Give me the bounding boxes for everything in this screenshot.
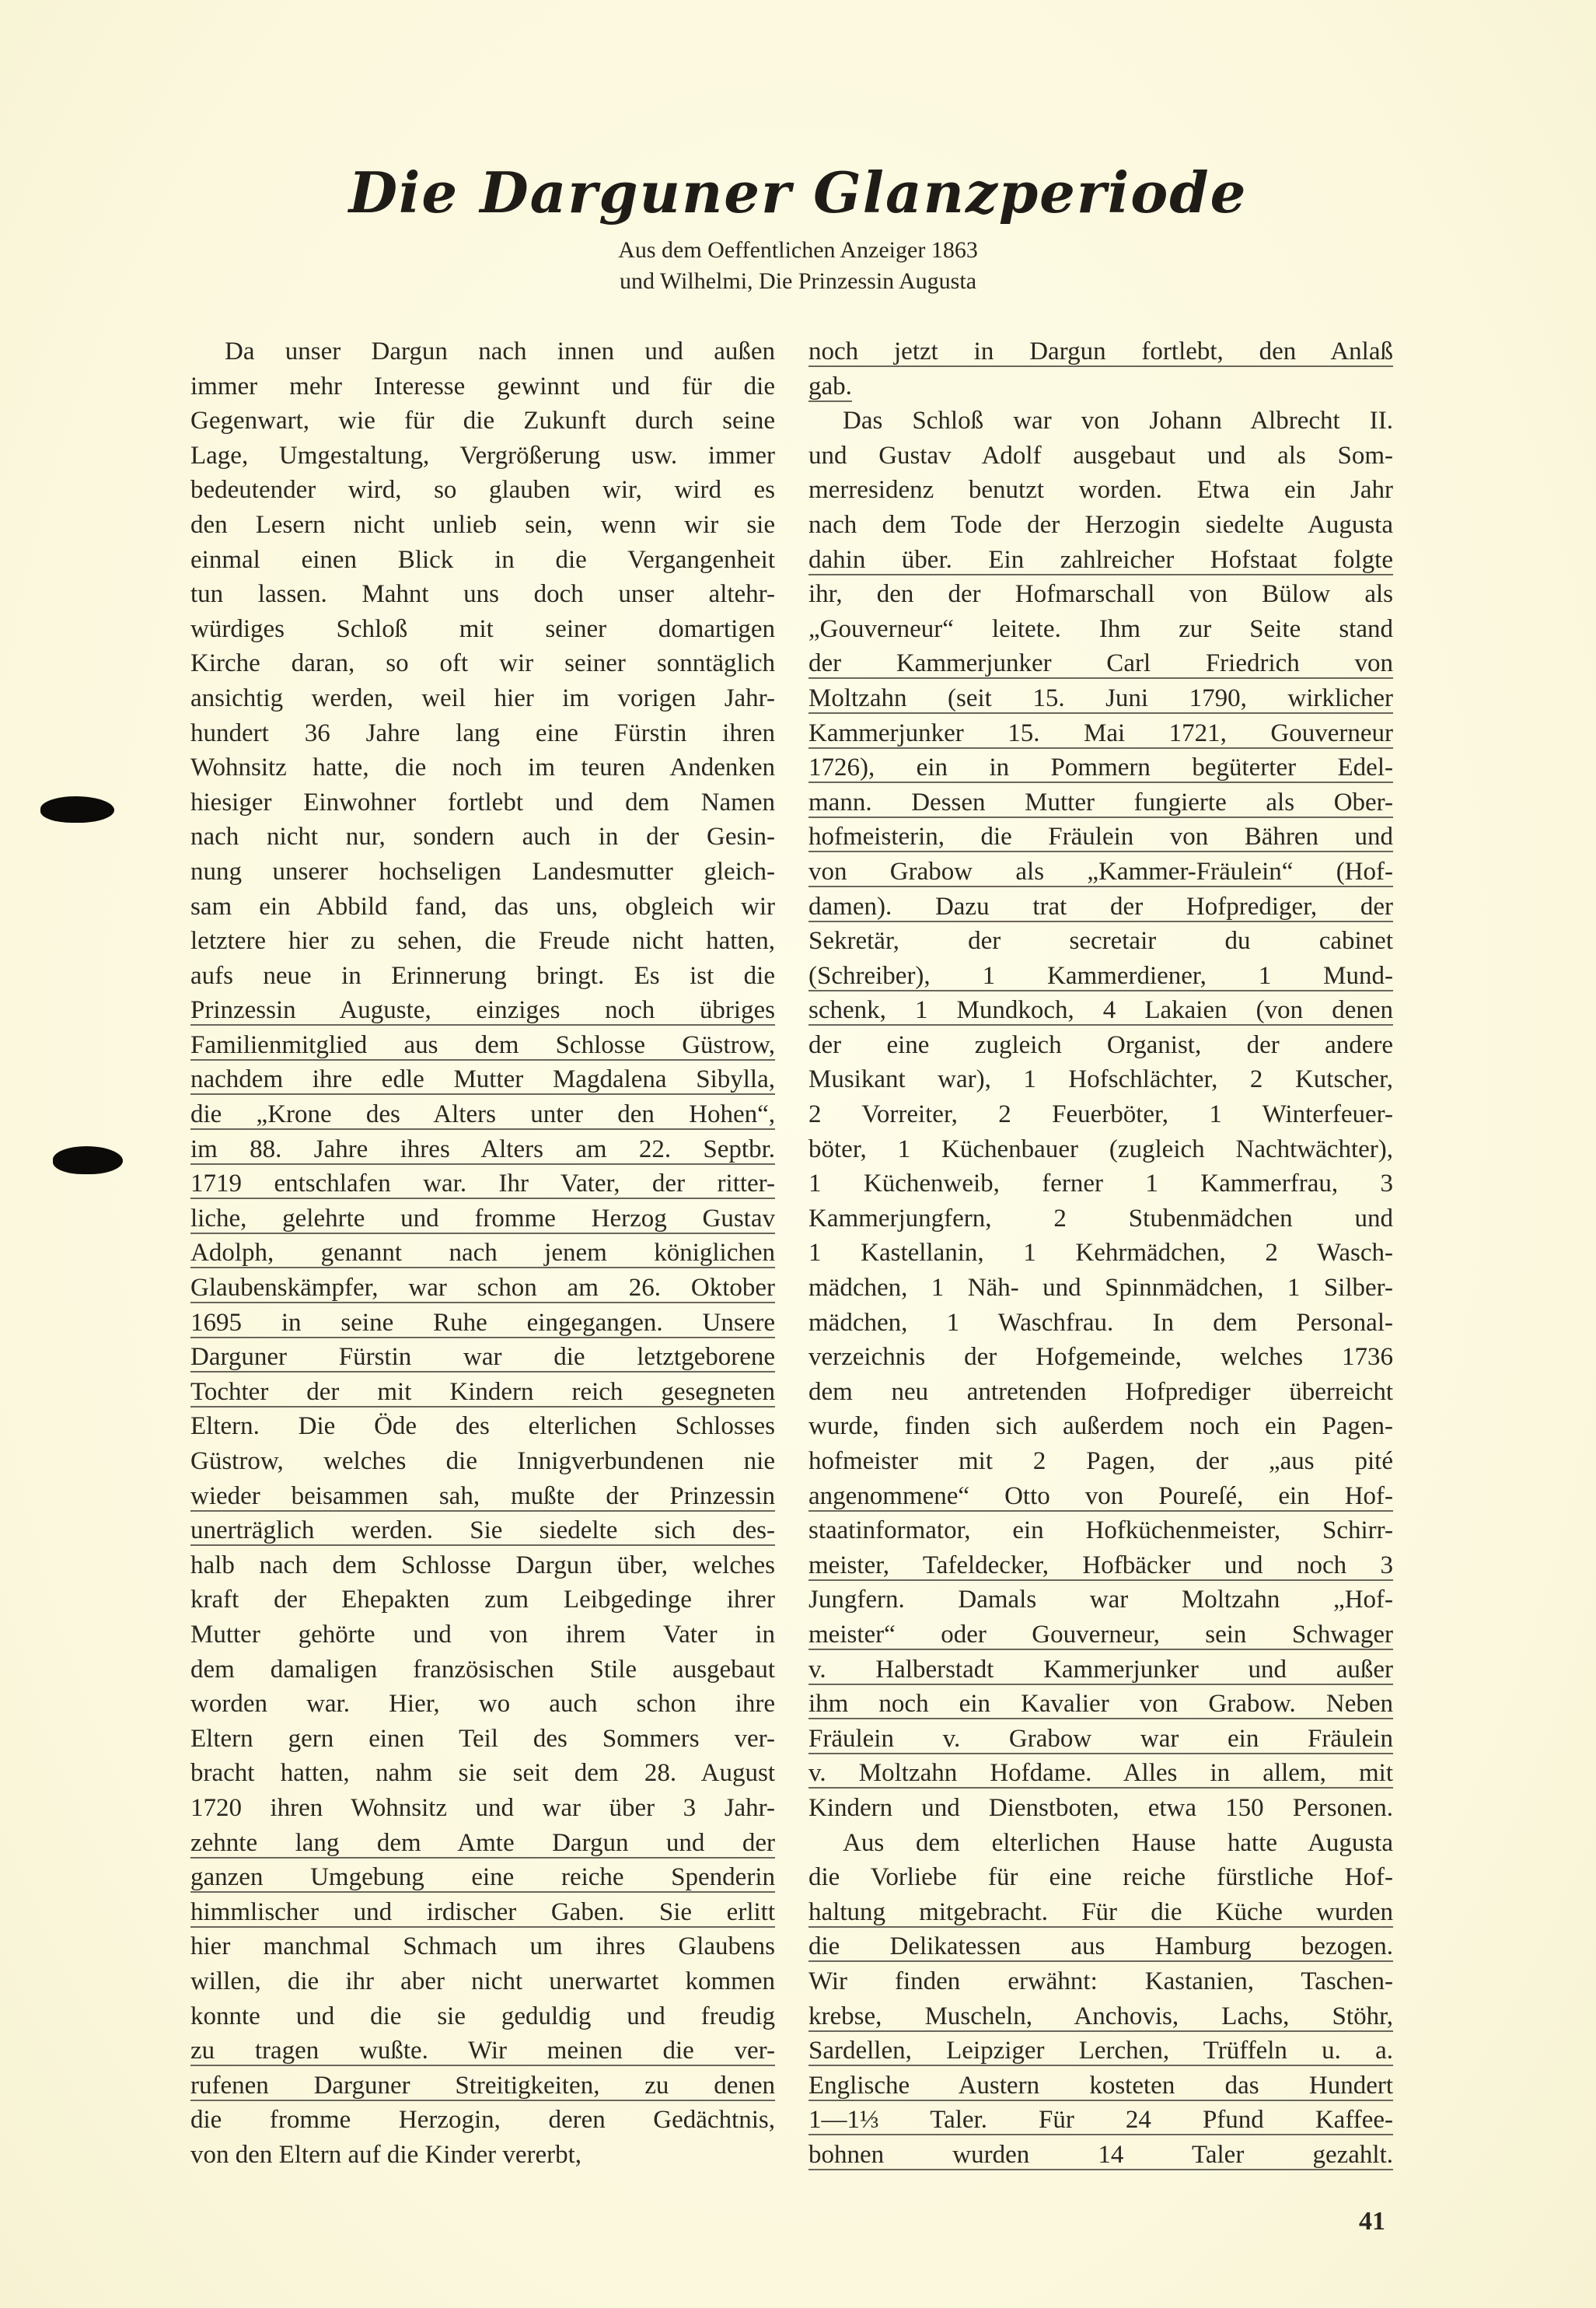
- text-line: von Grabow als „Kammer-Fräulein“ (Hof-: [808, 855, 1393, 890]
- text-line: Darguner Fürstin war die letztgeborene: [190, 1340, 775, 1375]
- text-line: hofmeisterin, die Fräulein von Bähren un…: [808, 820, 1393, 855]
- source-subtitle: Aus dem Oeffentlichen Anzeiger 1863 und …: [0, 235, 1596, 297]
- text-line: Kirche daran, so oft wir seiner sonntägl…: [190, 646, 775, 681]
- text-line: hofmeister mit 2 Pagen, der „aus pité: [808, 1444, 1393, 1479]
- text-line: Aus dem elterlichen Hause hatte Augusta: [808, 1826, 1393, 1861]
- text-line: dem neu antretenden Hofprediger überreic…: [808, 1375, 1393, 1410]
- text-line: mädchen, 1 Näh- und Spinnmädchen, 1 Silb…: [808, 1271, 1393, 1306]
- text-line: willen, die ihr aber nicht unerwartet ko…: [190, 1964, 775, 1999]
- text-line: Da unser Dargun nach innen und außen: [190, 334, 775, 369]
- text-line: 1 Küchenweib, ferner 1 Kammerfrau, 3: [808, 1166, 1393, 1201]
- text-line: v. Moltzahn Hofdame. Alles in allem, mit: [808, 1756, 1393, 1791]
- text-line: kraft der Ehepakten zum Leibgedinge ihre…: [190, 1582, 775, 1617]
- text-line: von den Eltern auf die Kinder vererbt,: [190, 2138, 775, 2173]
- text-line: Das Schloß war von Johann Albrecht II.: [808, 404, 1393, 439]
- text-line: und Gustav Adolf ausgebaut und als Som-: [808, 439, 1393, 474]
- text-line: nach nicht nur, sondern auch in der Gesi…: [190, 820, 775, 855]
- text-line: Kindern und Dienstboten, etwa 150 Person…: [808, 1791, 1393, 1826]
- text-line: Sekretär, der secretair du cabinet: [808, 924, 1393, 959]
- page-title: Die Darguner Glanzperiode: [0, 159, 1596, 226]
- text-line: die Vorliebe für eine reiche fürstliche …: [808, 1860, 1393, 1895]
- text-line: Glaubenskämpfer, war schon am 26. Oktobe…: [190, 1271, 775, 1306]
- text-line: „Gouverneur“ leitete. Ihm zur Seite stan…: [808, 612, 1393, 647]
- text-line: im 88. Jahre ihres Alters am 22. Septbr.: [190, 1132, 775, 1167]
- text-line: Eltern. Die Öde des elterlichen Schlosse…: [190, 1409, 775, 1444]
- text-line: angenommene“ Otto von Poureſé, ein Hof-: [808, 1479, 1393, 1514]
- text-line: immer mehr Interesse gewinnt und für die: [190, 369, 775, 404]
- text-line: die „Krone des Alters unter den Hohen“,: [190, 1097, 775, 1132]
- text-line: tun lassen. Mahnt uns doch unser altehr-: [190, 577, 775, 612]
- text-line: die Delikatessen aus Hamburg bezogen.: [808, 1929, 1393, 1964]
- text-line: dahin über. Ein zahlreicher Hofstaat fol…: [808, 543, 1393, 578]
- text-line: Familienmitglied aus dem Schlosse Güstro…: [190, 1028, 775, 1063]
- text-line: hundert 36 Jahre lang eine Fürstin ihren: [190, 716, 775, 751]
- text-line: meister“ oder Gouverneur, sein Schwager: [808, 1617, 1393, 1652]
- text-line: ganzen Umgebung eine reiche Spenderin: [190, 1860, 775, 1895]
- text-line: die fromme Herzogin, deren Gedächtnis,: [190, 2103, 775, 2138]
- text-line: Jungfern. Damals war Moltzahn „Hof-: [808, 1582, 1393, 1617]
- text-line: halb nach dem Schlosse Dargun über, welc…: [190, 1548, 775, 1583]
- text-line: Moltzahn (seit 15. Juni 1790, wirklicher: [808, 681, 1393, 716]
- text-line: hiesiger Einwohner fortlebt und dem Name…: [190, 785, 775, 820]
- text-line: ihr, den der Hofmarschall von Bülow als: [808, 577, 1393, 612]
- text-line: 2 Vorreiter, 2 Feuerböter, 1 Winterfeuer…: [808, 1097, 1393, 1132]
- text-line: würdiges Schloß mit seiner domartigen: [190, 612, 775, 647]
- text-line: Wir finden erwähnt: Kastanien, Taschen-: [808, 1964, 1393, 1999]
- text-line: zu tragen wußte. Wir meinen die ver-: [190, 2033, 775, 2068]
- text-line: böter, 1 Küchenbauer (zugleich Nachtwäch…: [808, 1132, 1393, 1167]
- text-line: 1719 entschlafen war. Ihr Vater, der rit…: [190, 1166, 775, 1201]
- text-line: schenk, 1 Mundkoch, 4 Lakaien (von denen: [808, 993, 1393, 1028]
- text-line: damen). Dazu trat der Hofprediger, der: [808, 890, 1393, 925]
- text-line: Sardellen, Leipziger Lerchen, Trüffeln u…: [808, 2033, 1393, 2068]
- text-line: Adolph, genannt nach jenem königlichen: [190, 1236, 775, 1271]
- text-line: merresidenz benutzt worden. Etwa ein Jah…: [808, 473, 1393, 508]
- left-text-column: Da unser Dargun nach innen und außenimme…: [190, 334, 775, 2172]
- text-line: Kammerjungfern, 2 Stubenmädchen und: [808, 1201, 1393, 1236]
- text-line: hier manchmal Schmach um ihres Glaubens: [190, 1929, 775, 1964]
- text-line: einmal einen Blick in die Vergangenheit: [190, 543, 775, 578]
- subtitle-line: und Wilhelmi, Die Prinzessin Augusta: [0, 266, 1596, 297]
- text-line: den Lesern nicht unlieb sein, wenn wir s…: [190, 508, 775, 543]
- page-number: 41: [1359, 2207, 1385, 2236]
- text-line: Gegenwart, wie für die Zukunft durch sei…: [190, 404, 775, 439]
- text-line: ansichtig werden, weil hier im vorigen J…: [190, 681, 775, 716]
- text-line: rufenen Darguner Streitigkeiten, zu dene…: [190, 2068, 775, 2103]
- text-line: noch jetzt in Dargun fortlebt, den Anlaß: [808, 334, 1393, 369]
- text-line: Prinzessin Auguste, einziges noch übrige…: [190, 993, 775, 1028]
- text-line: letztere hier zu sehen, die Freude nicht…: [190, 924, 775, 959]
- text-line: meister, Tafeldecker, Hofbäcker und noch…: [808, 1548, 1393, 1583]
- text-line: sam ein Abbild fand, das uns, obgleich w…: [190, 890, 775, 925]
- text-line: worden war. Hier, wo auch schon ihre: [190, 1687, 775, 1722]
- text-line: wieder beisammen sah, mußte der Prinzess…: [190, 1479, 775, 1514]
- text-line: Lage, Umgestaltung, Vergrößerung usw. im…: [190, 439, 775, 474]
- text-line: liche, gelehrte und fromme Herzog Gustav: [190, 1201, 775, 1236]
- text-line: bracht hatten, nahm sie seit dem 28. Aug…: [190, 1756, 775, 1791]
- text-line: zehnte lang dem Amte Dargun und der: [190, 1826, 775, 1861]
- text-line: wurde, finden sich außerdem noch ein Pag…: [808, 1409, 1393, 1444]
- text-line: nach dem Tode der Herzogin siedelte Augu…: [808, 508, 1393, 543]
- text-line: Mutter gehörte und von ihrem Vater in: [190, 1617, 775, 1652]
- text-line: (Schreiber), 1 Kammerdiener, 1 Mund-: [808, 959, 1393, 994]
- text-line: der eine zugleich Organist, der andere: [808, 1028, 1393, 1063]
- text-line: bohnen wurden 14 Taler gezahlt.: [808, 2138, 1393, 2173]
- text-line: staatinformator, ein Hofküchenmeister, S…: [808, 1513, 1393, 1548]
- text-line: 1726), ein in Pommern begüterter Edel-: [808, 750, 1393, 785]
- text-line: der Kammerjunker Carl Friedrich von: [808, 646, 1393, 681]
- text-line: ihm noch ein Kavalier von Grabow. Neben: [808, 1687, 1393, 1722]
- text-line: Eltern gern einen Teil des Sommers ver-: [190, 1722, 775, 1757]
- punch-hole-mark: [53, 1146, 123, 1174]
- subtitle-line: Aus dem Oeffentlichen Anzeiger 1863: [0, 235, 1596, 266]
- text-line: Musikant war), 1 Hofschlächter, 2 Kutsch…: [808, 1062, 1393, 1097]
- text-line: aufs neue in Erinnerung bringt. Es ist d…: [190, 959, 775, 994]
- text-line: v. Halberstadt Kammerjunker und außer: [808, 1652, 1393, 1687]
- text-line: unerträglich werden. Sie siedelte sich d…: [190, 1513, 775, 1548]
- text-line: 1695 in seine Ruhe eingegangen. Unsere: [190, 1306, 775, 1341]
- text-line: gab.: [808, 369, 1393, 404]
- text-line: 1720 ihren Wohnsitz und war über 3 Jahr-: [190, 1791, 775, 1826]
- text-line: nung unserer hochseligen Landesmutter gl…: [190, 855, 775, 890]
- text-line: krebse, Muscheln, Anchovis, Lachs, Stöhr…: [808, 1999, 1393, 2034]
- text-line: mädchen, 1 Waschfrau. In dem Personal-: [808, 1306, 1393, 1341]
- text-line: verzeichnis der Hofgemeinde, welches 173…: [808, 1340, 1393, 1375]
- text-line: konnte und die sie geduldig und freudig: [190, 1999, 775, 2034]
- right-text-column: noch jetzt in Dargun fortlebt, den Anlaß…: [808, 334, 1393, 2172]
- scanned-page: Die Darguner Glanzperiode Aus dem Oeffen…: [0, 0, 1596, 2308]
- punch-hole-mark: [40, 796, 114, 823]
- text-line: mann. Dessen Mutter fungierte als Ober-: [808, 785, 1393, 820]
- text-line: himmlischer und irdischer Gaben. Sie erl…: [190, 1895, 775, 1930]
- text-line: Güstrow, welches die Innigverbundenen ni…: [190, 1444, 775, 1479]
- text-line: 1 Kastellanin, 1 Kehrmädchen, 2 Wasch-: [808, 1236, 1393, 1271]
- text-line: Kammerjunker 15. Mai 1721, Gouverneur: [808, 716, 1393, 751]
- text-line: dem damaligen französischen Stile ausgeb…: [190, 1652, 775, 1687]
- text-line: Fräulein v. Grabow war ein Fräulein: [808, 1722, 1393, 1757]
- text-line: Tochter der mit Kindern reich gesegneten: [190, 1375, 775, 1410]
- text-line: bedeutender wird, so glauben wir, wird e…: [190, 473, 775, 508]
- text-line: haltung mitgebracht. Für die Küche wurde…: [808, 1895, 1393, 1930]
- text-line: nachdem ihre edle Mutter Magdalena Sibyl…: [190, 1062, 775, 1097]
- text-line: Englische Austern kosteten das Hundert: [808, 2068, 1393, 2103]
- text-line: Wohnsitz hatte, die noch im teuren Anden…: [190, 750, 775, 785]
- text-line: 1—1⅓ Taler. Für 24 Pfund Kaffee-: [808, 2103, 1393, 2138]
